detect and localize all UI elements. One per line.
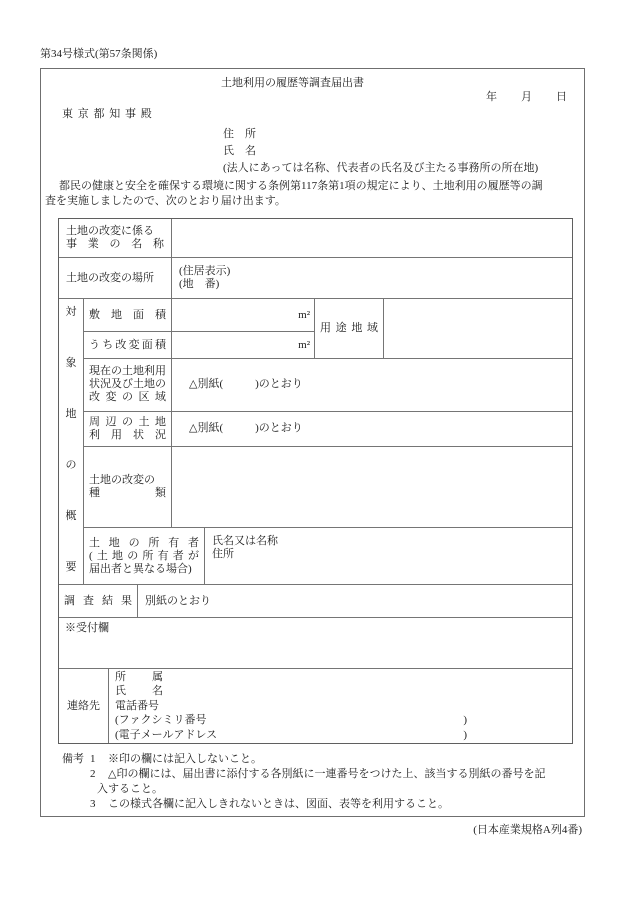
- survey-result-label-cell: 調査結果: [59, 585, 138, 617]
- change-type-label-line1: 土地の改変の: [89, 474, 166, 487]
- remark-number: 3: [90, 797, 108, 812]
- current-use-label-line3: 改変の区域: [89, 391, 166, 404]
- name-row: 氏名: [223, 143, 538, 160]
- square-meter-unit: m²: [298, 309, 310, 321]
- surrounding-use-value-cell: △別紙( )のとおり: [172, 412, 572, 446]
- contact-value-cell: 所属 氏名 電話番号 (ファクシミリ番号 ) (電子メールアドレス ): [109, 669, 572, 743]
- change-type-value-cell: [172, 447, 572, 528]
- survey-result-value-cell: 別紙のとおり: [138, 585, 572, 617]
- site-area-label-cell: 敷地面積: [84, 299, 172, 331]
- surrounding-use-label-line2: 利用状況: [89, 429, 166, 442]
- receipt-label: ※受付欄: [65, 622, 109, 634]
- location-value-cell: (住居表示) (地 番): [172, 258, 572, 298]
- contact-name-label: 氏名: [115, 684, 163, 699]
- landowner-row: 土地の所有者 (土地の所有者が 届出者と異なる場合) 氏名又は名称 住所: [84, 527, 572, 584]
- phone-label: 電話番号: [115, 700, 159, 712]
- contact-label-cell: 連絡先: [59, 669, 109, 743]
- remark-number: 1: [90, 752, 108, 767]
- receipt-row: ※受付欄: [59, 617, 572, 668]
- remark-item-1: 1 ※印の欄には記入しないこと。: [90, 752, 545, 767]
- remark-text-line1: △印の欄には、届出書に添付する各別紙に一連番号をつけた上、該当する別紙の番号を記: [108, 767, 545, 782]
- address-label: 住所: [223, 126, 256, 143]
- changed-area-label: うち改変面積: [89, 339, 166, 352]
- project-name-label-line2: 事業の名称: [66, 238, 164, 251]
- remark-item-3: 3 この様式各欄に記入しきれないときは、図面、表等を利用すること。: [90, 797, 545, 812]
- landowner-value-cell: 氏名又は名称 住所: [205, 528, 572, 584]
- square-meter-unit: m²: [298, 339, 310, 351]
- location-residential-label: (住居表示): [179, 265, 565, 278]
- vertical-char: 地: [66, 405, 77, 421]
- changed-area-value-cell: m²: [172, 332, 314, 358]
- subject-land-section: 対 象 地 の 概 要 敷地面積 m²: [59, 298, 572, 584]
- remark-text-line2: 入すること。: [97, 782, 545, 797]
- address-row: 住所: [223, 126, 538, 143]
- current-use-label-line2: 状況及び土地の: [89, 378, 166, 391]
- main-form-table: 土地の改変に係る 事業の名称 土地の改変の場所 (住居表示) (地 番) 対 象…: [58, 218, 573, 744]
- area-zoning-row: 敷地面積 m² うち改変面積 m²: [84, 299, 572, 358]
- location-label: 土地の改変の場所: [66, 272, 164, 285]
- current-use-label-cell: 現在の土地利用 状況及び土地の 改変の区域: [84, 359, 172, 411]
- vertical-char: 概: [66, 507, 77, 523]
- contact-affiliation-row: 所属: [115, 670, 566, 685]
- date-month-label: 月: [521, 88, 532, 104]
- landowner-name-label: 氏名又は名称: [212, 535, 565, 548]
- survey-result-row: 調査結果 別紙のとおり: [59, 584, 572, 617]
- form-sheet-border: 土地利用の履歴等調査届出書 年 月 日 東 京 都 知 事 殿 住所 氏名 (法…: [40, 68, 585, 817]
- location-label-cell: 土地の改変の場所: [59, 258, 172, 298]
- site-area-row: 敷地面積 m²: [84, 299, 314, 331]
- section-vertical-label: 対 象 地 の 概 要: [59, 299, 84, 584]
- intro-paragraph: 都民の健康と安全を確保する環境に関する条例第117条第1項の規定により、土地利用…: [45, 179, 585, 209]
- contact-name-row: 氏名: [115, 684, 566, 699]
- zoning-label-cell: 用途地域: [315, 299, 384, 358]
- intro-line-1: 都民の健康と安全を確保する環境に関する条例第117条第1項の規定により、土地利用…: [59, 179, 585, 194]
- fax-close-paren: ): [463, 713, 467, 728]
- current-use-label-line1: 現在の土地利用: [89, 365, 166, 378]
- applicant-block: 住所 氏名 (法人にあっては名称、代表者の氏名及び主たる事務所の所在地): [223, 126, 538, 177]
- project-name-row: 土地の改変に係る 事業の名称: [59, 219, 572, 257]
- remark-text: ※印の欄には記入しないこと。: [108, 752, 262, 767]
- project-name-value-cell: [172, 219, 572, 257]
- email-close-paren: ): [463, 728, 467, 743]
- contact-phone-row: 電話番号: [115, 699, 566, 714]
- remarks-section: 備考 1 ※印の欄には記入しないこと。 2 △印の欄には、届出書に添付する各別紙…: [62, 752, 545, 812]
- location-row: 土地の改変の場所 (住居表示) (地 番): [59, 257, 572, 298]
- remark-item-2: 2 △印の欄には、届出書に添付する各別紙に一連番号をつけた上、該当する別紙の番号…: [90, 767, 545, 797]
- surrounding-use-label-cell: 周辺の土地 利用状況: [84, 412, 172, 446]
- vertical-char: 象: [66, 354, 77, 370]
- date-year-label: 年: [486, 88, 497, 104]
- receipt-cell: ※受付欄: [59, 618, 572, 668]
- surrounding-use-label-line1: 周辺の土地: [89, 416, 166, 429]
- project-name-label-cell: 土地の改変に係る 事業の名称: [59, 219, 172, 257]
- changed-area-label-cell: うち改変面積: [84, 332, 172, 358]
- survey-result-label: 調査結果: [64, 595, 132, 608]
- corporate-note: (法人にあっては名称、代表者の氏名及び主たる事務所の所在地): [223, 160, 538, 177]
- landowner-label-line2: (土地の所有者が: [89, 550, 199, 563]
- affiliation-label: 所属: [115, 670, 163, 685]
- location-lot-number-label: (地 番): [179, 278, 565, 291]
- contact-row: 連絡先 所属 氏名 電話番号 (ファクシミリ番号 ) (電子メールアドレス ): [59, 668, 572, 743]
- change-type-label-line2: 種類: [89, 487, 166, 500]
- attachment-ref-close: )のとおり: [255, 422, 303, 435]
- survey-result-value: 別紙のとおり: [145, 595, 565, 608]
- attachment-ref-open: △別紙(: [189, 422, 223, 435]
- contact-fax-row: (ファクシミリ番号 ): [115, 713, 467, 728]
- current-use-row: 現在の土地利用 状況及び土地の 改変の区域 △別紙( )のとおり: [84, 358, 572, 411]
- site-area-label: 敷地面積: [89, 309, 166, 322]
- landowner-address-label: 住所: [212, 548, 565, 561]
- contact-label: 連絡先: [67, 700, 100, 713]
- contact-email-row: (電子メールアドレス ): [115, 728, 467, 743]
- email-label: (電子メールアドレス: [115, 728, 217, 743]
- zoning-value-cell: [384, 299, 572, 358]
- name-label: 氏名: [223, 143, 256, 160]
- landowner-label-line1: 土地の所有者: [89, 537, 199, 550]
- change-type-label-cell: 土地の改変の 種類: [84, 447, 172, 528]
- page-title: 土地利用の履歴等調査届出書: [21, 74, 564, 90]
- vertical-char: の: [66, 456, 77, 472]
- fax-label: (ファクシミリ番号: [115, 713, 206, 728]
- vertical-char: 対: [66, 303, 77, 319]
- remarks-label: 備考: [62, 752, 84, 812]
- attachment-ref-open: △別紙(: [189, 378, 223, 391]
- jis-standard-note: (日本産業規格A列4番): [0, 821, 630, 837]
- landowner-label-line3: 届出者と異なる場合): [89, 563, 199, 576]
- surrounding-use-row: 周辺の土地 利用状況 △別紙( )のとおり: [84, 411, 572, 446]
- vertical-char: 要: [66, 558, 77, 574]
- intro-line-2: 査を実施しましたので、次のとおり届け出ます。: [45, 194, 585, 209]
- current-use-value-cell: △別紙( )のとおり: [172, 359, 572, 411]
- project-name-label-line1: 土地の改変に係る: [66, 225, 164, 238]
- change-type-row: 土地の改変の 種類: [84, 446, 572, 528]
- changed-area-row: うち改変面積 m²: [84, 331, 314, 358]
- remark-text: この様式各欄に記入しきれないときは、図面、表等を利用すること。: [108, 797, 449, 812]
- date-day-label: 日: [556, 88, 567, 104]
- form-number: 第34号様式(第57条関係): [40, 45, 157, 61]
- site-area-value-cell: m²: [172, 299, 314, 331]
- landowner-label-cell: 土地の所有者 (土地の所有者が 届出者と異なる場合): [84, 528, 205, 584]
- zoning-label: 用途地域: [320, 322, 378, 335]
- date-line: 年 月 日: [486, 88, 567, 104]
- attachment-ref-close: )のとおり: [255, 378, 303, 391]
- remark-text: △印の欄には、届出書に添付する各別紙に一連番号をつけた上、該当する別紙の番号を記…: [108, 767, 545, 797]
- addressee: 東 京 都 知 事 殿: [62, 105, 153, 121]
